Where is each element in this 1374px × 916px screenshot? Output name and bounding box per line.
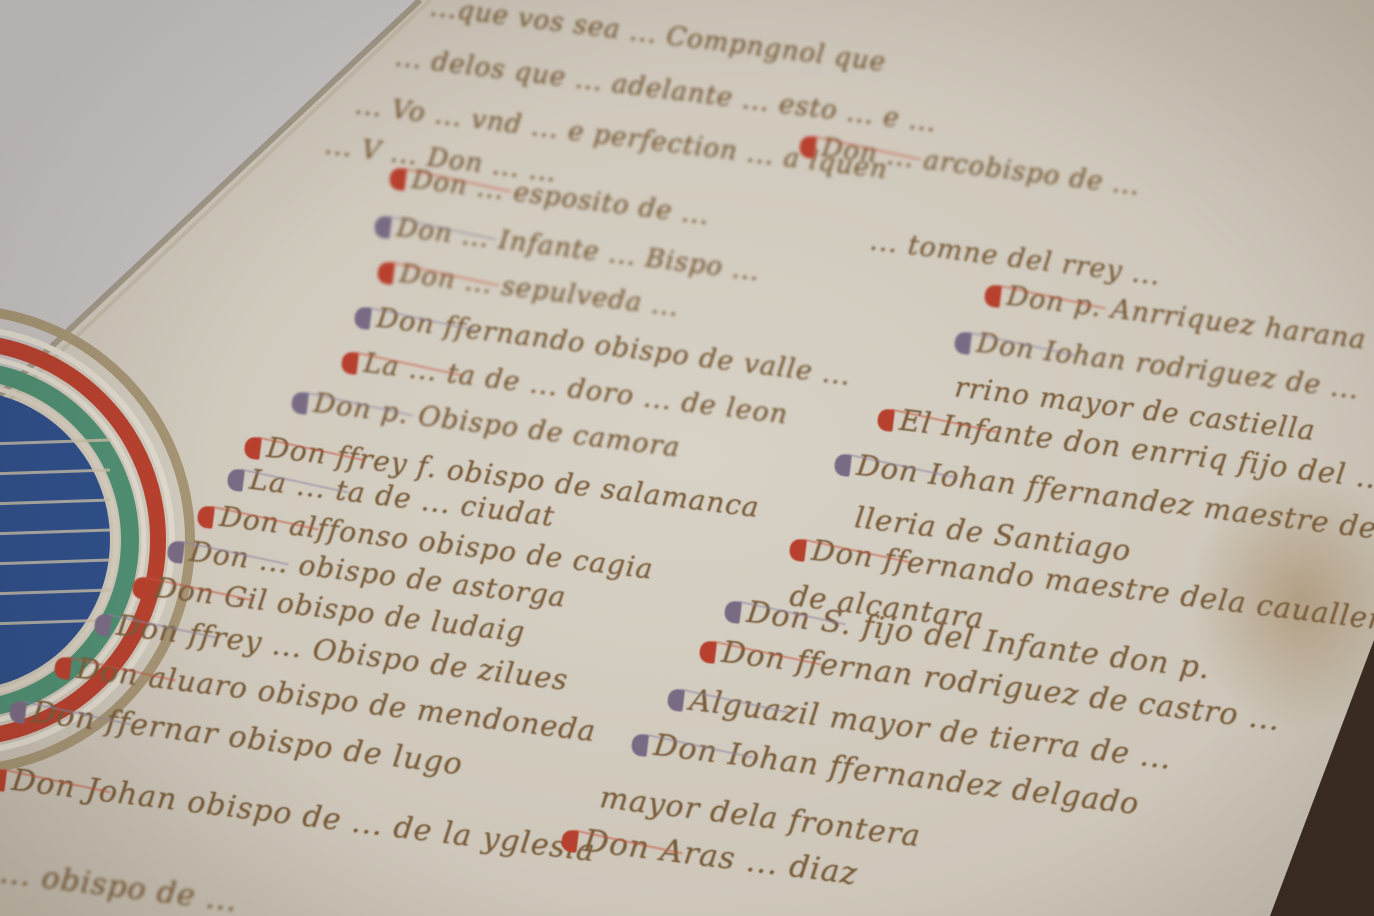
paragraph-mark-red-icon [53, 656, 72, 680]
paragraph-mark-purple-icon [954, 331, 973, 355]
paragraph-mark-red-icon [0, 768, 7, 792]
paragraph-mark-red-icon [341, 351, 360, 375]
paragraph-mark-red-icon [560, 829, 579, 853]
paragraph-mark-red-icon [196, 505, 215, 529]
paragraph-mark-red-icon [131, 576, 150, 600]
paragraph-mark-red-icon [788, 538, 807, 562]
paragraph-mark-red-icon [876, 408, 895, 432]
paragraph-mark-red-icon [984, 284, 1003, 308]
paragraph-mark-red-icon [377, 261, 396, 285]
paragraph-mark-purple-icon [630, 733, 649, 757]
paragraph-mark-purple-icon [374, 215, 393, 239]
manuscript-photo: ...que vos sea ... Compngnol que ... del… [0, 0, 1374, 916]
paragraph-mark-red-icon [389, 167, 408, 191]
paragraph-mark-purple-icon [833, 453, 852, 477]
paragraph-mark-red-icon [243, 436, 262, 460]
paragraph-mark-purple-icon [723, 600, 742, 624]
paragraph-mark-purple-icon [226, 468, 245, 492]
paragraph-mark-purple-icon [666, 688, 685, 712]
paragraph-mark-purple-icon [93, 613, 112, 637]
paragraph-mark-red-icon [698, 640, 717, 664]
paragraph-mark-red-icon [799, 135, 818, 159]
paragraph-mark-purple-icon [8, 700, 27, 724]
paragraph-mark-purple-icon [291, 391, 310, 415]
paragraph-mark-purple-icon [166, 540, 185, 564]
paragraph-mark-purple-icon [354, 306, 373, 330]
